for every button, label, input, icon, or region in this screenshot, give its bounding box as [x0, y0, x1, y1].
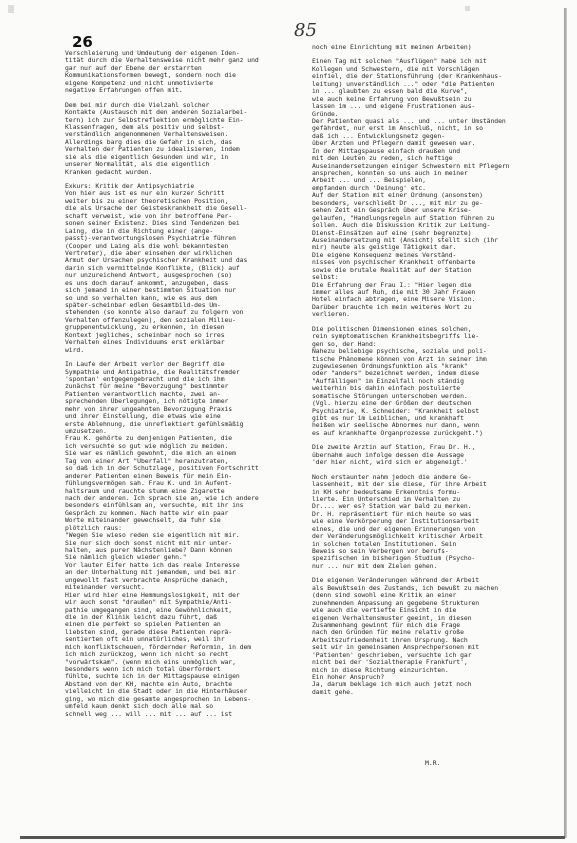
text-line: passt)-verantwortungslosen Psychiatrie f…: [65, 235, 287, 242]
text-line: ging, wo mich die gesamte angesprochen i…: [65, 696, 287, 703]
text-line: Einen Tag mit solchen "Ausflügen" habe i…: [312, 58, 542, 65]
text-line: 'spontan' entgegengebracht und die ich i…: [65, 376, 287, 383]
text-line: Verhalten offenzulegen), den sozialen Mi…: [65, 317, 287, 324]
text-line: Armut der Ursachen psychischer Krankheit…: [65, 257, 287, 264]
text-line: der Veränderungsmöglichkeit kritischer A…: [312, 533, 542, 540]
text-line: spezifischen im bisherigen Studium (Psyc…: [312, 555, 542, 562]
text-line: daß ich ... Entwicklungsnetz gegen-: [312, 133, 542, 140]
text-line: tern) ich zur Selbstreflektion ermöglich…: [65, 117, 287, 124]
text-line: fühlungsvermögen sah. Frau K. und in Auf…: [65, 480, 287, 487]
paragraph: Noch erstaunter nahm jedoch die andere G…: [312, 474, 542, 571]
handwritten-page-number: 85: [294, 20, 317, 41]
text-line: pathie umgegangen sind, eine Gewöhnlichk…: [65, 607, 287, 614]
text-line: einfiel, die der Stationsführung (der Kr…: [312, 73, 542, 80]
text-line: empfanden durch 'Deinung' etc.: [312, 185, 542, 192]
text-line: sonen seiner Existenz. Dies sind Tendenz…: [65, 220, 287, 227]
paragraph: noch eine Einrichtung mit meinen Arbeite…: [312, 44, 542, 51]
text-line: sentierten oft ein unnatürliches, weil i…: [65, 636, 287, 643]
text-line: sowie die brutale Realität auf der Stati…: [312, 267, 542, 274]
text-line: Patienten verantwortlich machte, zwei an…: [65, 391, 287, 398]
text-line: wir auch sonst "draußen" mit Sympathie/A…: [65, 599, 287, 606]
text-line: Dr. H. repräsentiert für mich heute so w…: [312, 511, 542, 518]
text-line: Kollegen und Schwestern, die mit Vorschl…: [312, 66, 542, 73]
text-line: anderer Patienten einen Beweis für mein …: [65, 473, 287, 480]
text-line: verlieren.: [312, 311, 542, 318]
text-line: Gespräch zu kommen. Nach hatte wir ein p…: [65, 510, 287, 517]
text-line: (denn sind sowohl eine Kritik an einer: [312, 592, 542, 599]
text-line: an der Unterhaltung mit jemandem, und be…: [65, 569, 287, 576]
text-line: Ja, darum beklage ich mich auch jetzt no…: [312, 681, 542, 688]
text-line: "Wegen Sie wieso reden sie eigentlich mi…: [65, 532, 287, 539]
text-line: wie auch keine Erfahrung von Bewußtsein …: [312, 96, 542, 103]
text-line: Verschleierung und Umdeutung der eigenen…: [65, 50, 287, 57]
text-line: zunächst für meine "Bevorzugung" bestimm…: [65, 383, 287, 390]
text-line: tische Phänomene können von Arzt in sein…: [312, 356, 542, 363]
text-line: nach den Gründen für meine relativ große: [312, 629, 542, 636]
text-line: Exkurs: Kritik der Antipsychiatrie: [65, 183, 287, 190]
text-line: darin sich vermittelnde Konflikte, (Blic…: [65, 265, 287, 272]
paragraph: In Laufe der Arbeit verlor der Begriff d…: [65, 361, 287, 718]
text-line: in KH sehr bedeutsame Erkenntnis formu-: [312, 489, 542, 496]
text-line: heißen wir seelische Abnormes nur dann, …: [312, 422, 542, 429]
text-line: gelaufen, "Handlungsregeln auf Station f…: [312, 215, 542, 222]
text-line: eigenen Verhaltensmuster geeint, in dies…: [312, 615, 542, 622]
text-line: mit den Leuten zu reden, sich heftige: [312, 155, 542, 162]
text-line: als Bewußtsein des Zustands, ich bewußt …: [312, 585, 542, 592]
text-line: mich in diese Richtung einzurichten.: [312, 667, 542, 674]
text-line: lassen im ... und eigene Frustrationen a…: [312, 103, 542, 110]
text-line: plötzlich raus:: [65, 525, 287, 532]
text-line: Die politischen Dimensionen eines solche…: [312, 326, 542, 333]
text-line: besonders einfühlsam an, versuchte, mit …: [65, 502, 287, 509]
text-line: gibt es nur im Leiblichen, und krankhaft: [312, 415, 542, 422]
text-line: eigene Kompetenz und nicht unmotivierte: [65, 80, 287, 87]
text-line: Dem bei mir durch die Vielzahl solcher: [65, 102, 287, 109]
text-line: und ihrer Einstellung, die etwas wie ein…: [65, 413, 287, 420]
text-line: über Ärzten und Pflegern damit gewesen w…: [312, 140, 542, 147]
text-line: Auf der Station mit einer Ordnung (anson…: [312, 192, 542, 199]
text-line: Zusammenhang gewinnt für mich die Frage: [312, 622, 542, 629]
text-line: oder "anders" bezeichnet werden, indem d…: [312, 370, 542, 377]
text-line: Von hier aus ist es nur ein kurzer Schri…: [65, 190, 287, 197]
text-line: unserer Normalität, als die eigentlich: [65, 161, 287, 168]
text-line: in solchen totalen Institutionen. Sein: [312, 541, 542, 548]
text-line: vielleicht in die Stadt oder in die Hint…: [65, 688, 287, 695]
text-line: Verhalten eines Individuums erst erklärb…: [65, 339, 287, 346]
text-line: (Vgl. hierzu eine der Größen der deutsch…: [312, 400, 542, 407]
text-line: gruppenentwicklung, zu erkennen, in dies…: [65, 324, 287, 331]
paragraph: Die eigenen Veränderungen während der Ar…: [312, 577, 542, 696]
scan-speck: [8, 5, 14, 13]
text-line: sollen. Auch die Diskussion Kritik zur L…: [312, 222, 542, 229]
text-line: somatische Störungen unterschoben werden…: [312, 393, 542, 400]
text-line: nicht bei der 'Sozialtherapie Frankfurt'…: [312, 659, 542, 666]
text-line: Sie nämlich gleich wieder gehn.": [65, 554, 287, 561]
text-line: umzusetzen.: [65, 428, 287, 435]
text-line: Allerdings barg dies die Gefahr in sich,…: [65, 139, 287, 146]
text-line: "vorwärtskam". (wenn mich eins unmöglich…: [65, 659, 287, 666]
page-number: 26: [72, 33, 93, 51]
text-line: nisses von psychischer Krankheit offenba…: [312, 259, 542, 266]
text-line: Auseinandersetzungen einiger Schwestern …: [312, 163, 542, 170]
text-line: schnell weg ... will ... mit ... auf ...…: [65, 711, 287, 718]
text-line: in ... glaubten zu essen bald die Kurve"…: [312, 88, 542, 95]
text-line: Kontext jegliches, scheinbar noch so irr…: [65, 332, 287, 339]
text-line: lierte. Ein Unterschied im Verhalten zu: [312, 496, 542, 503]
text-line: nach der anderen. Ich sprach sie an, wie…: [65, 495, 287, 502]
text-line: liebsten sind, gerade diese Patienten re…: [65, 629, 287, 636]
text-line: Kommunikationsformen bewegt, sondern noc…: [65, 72, 287, 79]
text-line: gefährdet, nur erst im Anschluß, nicht, …: [312, 125, 542, 132]
scanned-page: 26 85 Verschleierung und Umdeutung der e…: [0, 0, 577, 843]
text-line: die als Ursache der Geisteskrankheit die…: [65, 205, 287, 212]
text-line: lassenheit, mit der sie diese, für ihre …: [312, 481, 542, 488]
text-line: Hier wird hier eine Hemmungslosigkeit, m…: [65, 592, 287, 599]
text-line: Noch erstaunter nahm jedoch die andere G…: [312, 474, 542, 481]
text-line: halten, aus purer Nächstenliebe? Dann kö…: [65, 547, 287, 554]
text-line: "Auffälligen" im Einzelfall noch ständig: [312, 378, 542, 385]
text-line: eines, die und der eigenen Erinnerungen …: [312, 526, 542, 533]
text-line: immer alles auf Ruh, die mit 30 Jahr Fra…: [312, 289, 542, 296]
text-line: In Laufe der Arbeit verlor der Begriff d…: [65, 361, 287, 368]
text-line: sehen Zeit ein Gespräch über unsere Kris…: [312, 207, 542, 214]
paragraph: Die zweite Ärztin auf Station, Frau Dr. …: [312, 444, 542, 466]
page-edge-bottom: [20, 836, 565, 839]
text-line: so und so verhalten kann, wie es aus dem: [65, 295, 287, 302]
text-line: Tag von einer Art "Überfall" heranzutrat…: [65, 458, 287, 465]
text-line: wird.: [65, 347, 287, 354]
page-edge-right: [564, 8, 567, 838]
text-line: weiterhin bis dahin einfach postulierte: [312, 385, 542, 392]
text-line: stehenden (so konnte also darauf zu folg…: [65, 309, 287, 316]
text-line: ungewollt fast verbrachte Ansprüche dana…: [65, 577, 287, 584]
text-line: weiter bis zu einer theoretischen Positi…: [65, 198, 287, 205]
text-line: Kontakte (Austausch mit den anderen Sozi…: [65, 109, 287, 116]
text-line: Der Patienten quasi als ... und ... unte…: [312, 118, 542, 125]
text-line: Abstand von der KH, machte ein Auto, bra…: [65, 681, 287, 688]
text-line: besonders, verschließt Dr ..., mit mir z…: [312, 200, 542, 207]
text-line: besonders wenn ich mich total überforder…: [65, 666, 287, 673]
text-line: tität durch die Verhaltensweise nicht me…: [65, 57, 287, 64]
text-line: Hotel einfach abtragen, eine Misere Visi…: [312, 296, 542, 303]
text-line: Nahezu beliebige psychische, soziale und…: [312, 348, 542, 355]
text-line: Ein hoher Anspruch?: [312, 674, 542, 681]
text-line: Sympathie und Antipathie, die Realitätsf…: [65, 369, 287, 376]
text-line: Laing, die in die Richtung einer (ange-: [65, 228, 287, 235]
text-line: Worte miteinander gewechselt, da fuhr si…: [65, 517, 287, 524]
left-text-column: Verschleierung und Umdeutung der eigenen…: [65, 50, 287, 725]
text-line: Die Erfahrung der Frau I.: "Hier legen d…: [312, 282, 542, 289]
text-line: leitung) unverständlich ..." oder "die P…: [312, 81, 542, 88]
text-line: 'der hier nicht, wird sich er abgeneigt.…: [312, 459, 542, 466]
text-line: wie auch die vertiefte Einsicht in die: [312, 607, 542, 614]
text-line: verständlich angenommenen Verhaltensweis…: [65, 131, 287, 138]
text-line: mehr von ihrer ungeahnten Bevorzugung Pr…: [65, 406, 287, 413]
text-line: Sie war es nämlich gewohnt, die mich an …: [65, 450, 287, 457]
text-line: gar nur auf der Ebene der erstarrten: [65, 65, 287, 72]
text-line: ich versuchte so gut wie möglich zu meid…: [65, 443, 287, 450]
text-line: nur ... nur mit dem Zielen gehen.: [312, 563, 542, 570]
text-line: ansprechen, konnten so uns auch in meine…: [312, 170, 542, 177]
text-line: Die zweite Ärztin auf Station, Frau Dr. …: [312, 444, 542, 451]
text-line: sie als die eigentlich Gesunden und wir,…: [65, 154, 287, 161]
text-line: sich jemand in einer bestimmten Situatio…: [65, 287, 287, 294]
text-line: (Cooper und Laing als die wohl bekanntes…: [65, 243, 287, 250]
text-line: Arbeitszufriedenheit ihren Ursprung. Nac…: [312, 637, 542, 644]
text-line: Auseinandersetzung mit (Ansicht) stellt …: [312, 237, 542, 244]
text-line: es uns doch darauf ankommt, anzugeben, d…: [65, 280, 287, 287]
text-line: ich mich zurückzog, wenn ich nicht so re…: [65, 651, 287, 658]
text-line: Verhalten der Patienten zu idealisieren,…: [65, 146, 287, 153]
text-line: Beweis so sein Verbergen vor berufs-: [312, 548, 542, 555]
text-line: es auf krankhafte Organprozesse zurückge…: [312, 430, 542, 437]
text-line: miteinander versucht.: [65, 584, 287, 591]
paragraph: Dem bei mir durch die Vielzahl solcherKo…: [65, 102, 287, 176]
text-line: Die eigenen Veränderungen während der Ar…: [312, 577, 542, 584]
text-line: Frau K. gehörte zu denjenigen Patienten,…: [65, 435, 287, 442]
text-line: Darüber brauchte ich mein weiteres Wort …: [312, 304, 542, 311]
text-line: Dienst-Einsätzen auf eine (sehr begrenzt…: [312, 230, 542, 237]
text-line: Klassenfragen, dem als positiv und selbs…: [65, 124, 287, 131]
text-line: Dr.... wer es? Station war bald zu merke…: [312, 503, 542, 510]
text-line: fühlte, suchte ich in der Mittagspause e…: [65, 673, 287, 680]
text-line: umfeld kaum denkt sich doch alle mal so: [65, 703, 287, 710]
text-line: 'Patienten' geschrieben, versuchte ich g…: [312, 652, 542, 659]
author-signature: M.R.: [425, 759, 440, 767]
paragraph: Verschleierung und Umdeutung der eigenen…: [65, 50, 287, 95]
text-line: Arbeit ... und ... Beispielen,: [312, 177, 542, 184]
text-line: die in der Klinik leicht dazu führt, daß: [65, 614, 287, 621]
text-line: mir) heute als geistige Tätigkeit dar.: [312, 244, 542, 251]
text-line: erste Ablehnung, die unreflektiert gefüh…: [65, 421, 287, 428]
text-line: Psychiatrie, K. Schneider: "Krankheit se…: [312, 408, 542, 415]
text-line: zugewiesenen Ordnungsfunktion als "krank…: [312, 363, 542, 370]
text-line: sprechenden Überlegungen, ich nötigte im…: [65, 398, 287, 405]
text-line: Vertreter), die aber einsehen der wirkli…: [65, 250, 287, 257]
text-line: selbst:: [312, 274, 542, 281]
text-line: Gründe.: [312, 111, 542, 118]
right-text-column: noch eine Einrichtung mit meinen Arbeite…: [312, 44, 542, 703]
text-line: Kranken gedacht wurden.: [65, 169, 287, 176]
text-line: seit wir in gemeinsamen Ansprechpersonen…: [312, 644, 542, 651]
text-line: einen die perfekt so spielen Patienten a…: [65, 621, 287, 628]
text-line: noch eine Einrichtung mit meinen Arbeite…: [312, 44, 542, 51]
paragraph: Die politischen Dimensionen eines solche…: [312, 326, 542, 438]
text-line: zunehmenden Anpassung an gegebene Strukt…: [312, 600, 542, 607]
paragraph: Exkurs: Kritik der AntipsychiatrieVon hi…: [65, 183, 287, 354]
text-line: damit gehe.: [312, 689, 542, 696]
text-line: In der Mittagspause einfach draußen und: [312, 148, 542, 155]
scan-speck: [465, 6, 470, 11]
text-line: negative Erfahrungen offen mit.: [65, 87, 287, 94]
text-line: Sie nur sich doch sonst nicht mit mir un…: [65, 540, 287, 547]
text-line: gen so, der Hand:: [312, 341, 542, 348]
text-line: später-scheinbar edlen Gesamtbild-des Um…: [65, 302, 287, 309]
text-line: haltsraum und rauchte stumm eine Zigaret…: [65, 488, 287, 495]
text-line: schaft verweist, wie von ihr betroffene …: [65, 213, 287, 220]
text-line: übernahm auch infolge dessen die Aussage: [312, 452, 542, 459]
text-line: nur unzureichend Antwort, ausgesprochen …: [65, 272, 287, 279]
text-line: so daß ich in der Schutzlage, positiven …: [65, 465, 287, 472]
text-line: Die eigene Konsequenz meines Verständ-: [312, 252, 542, 259]
text-line: mich konfliktscheuen, fördernder Reformi…: [65, 644, 287, 651]
text-line: rein symptomatischen Krankheitsbegriffs …: [312, 333, 542, 340]
text-line: Vor lauter Eifer hatte ich das reale Int…: [65, 562, 287, 569]
paragraph: Einen Tag mit solchen "Ausflügen" habe i…: [312, 58, 542, 318]
text-line: wie eine Verkörperung der Institutionsar…: [312, 518, 542, 525]
